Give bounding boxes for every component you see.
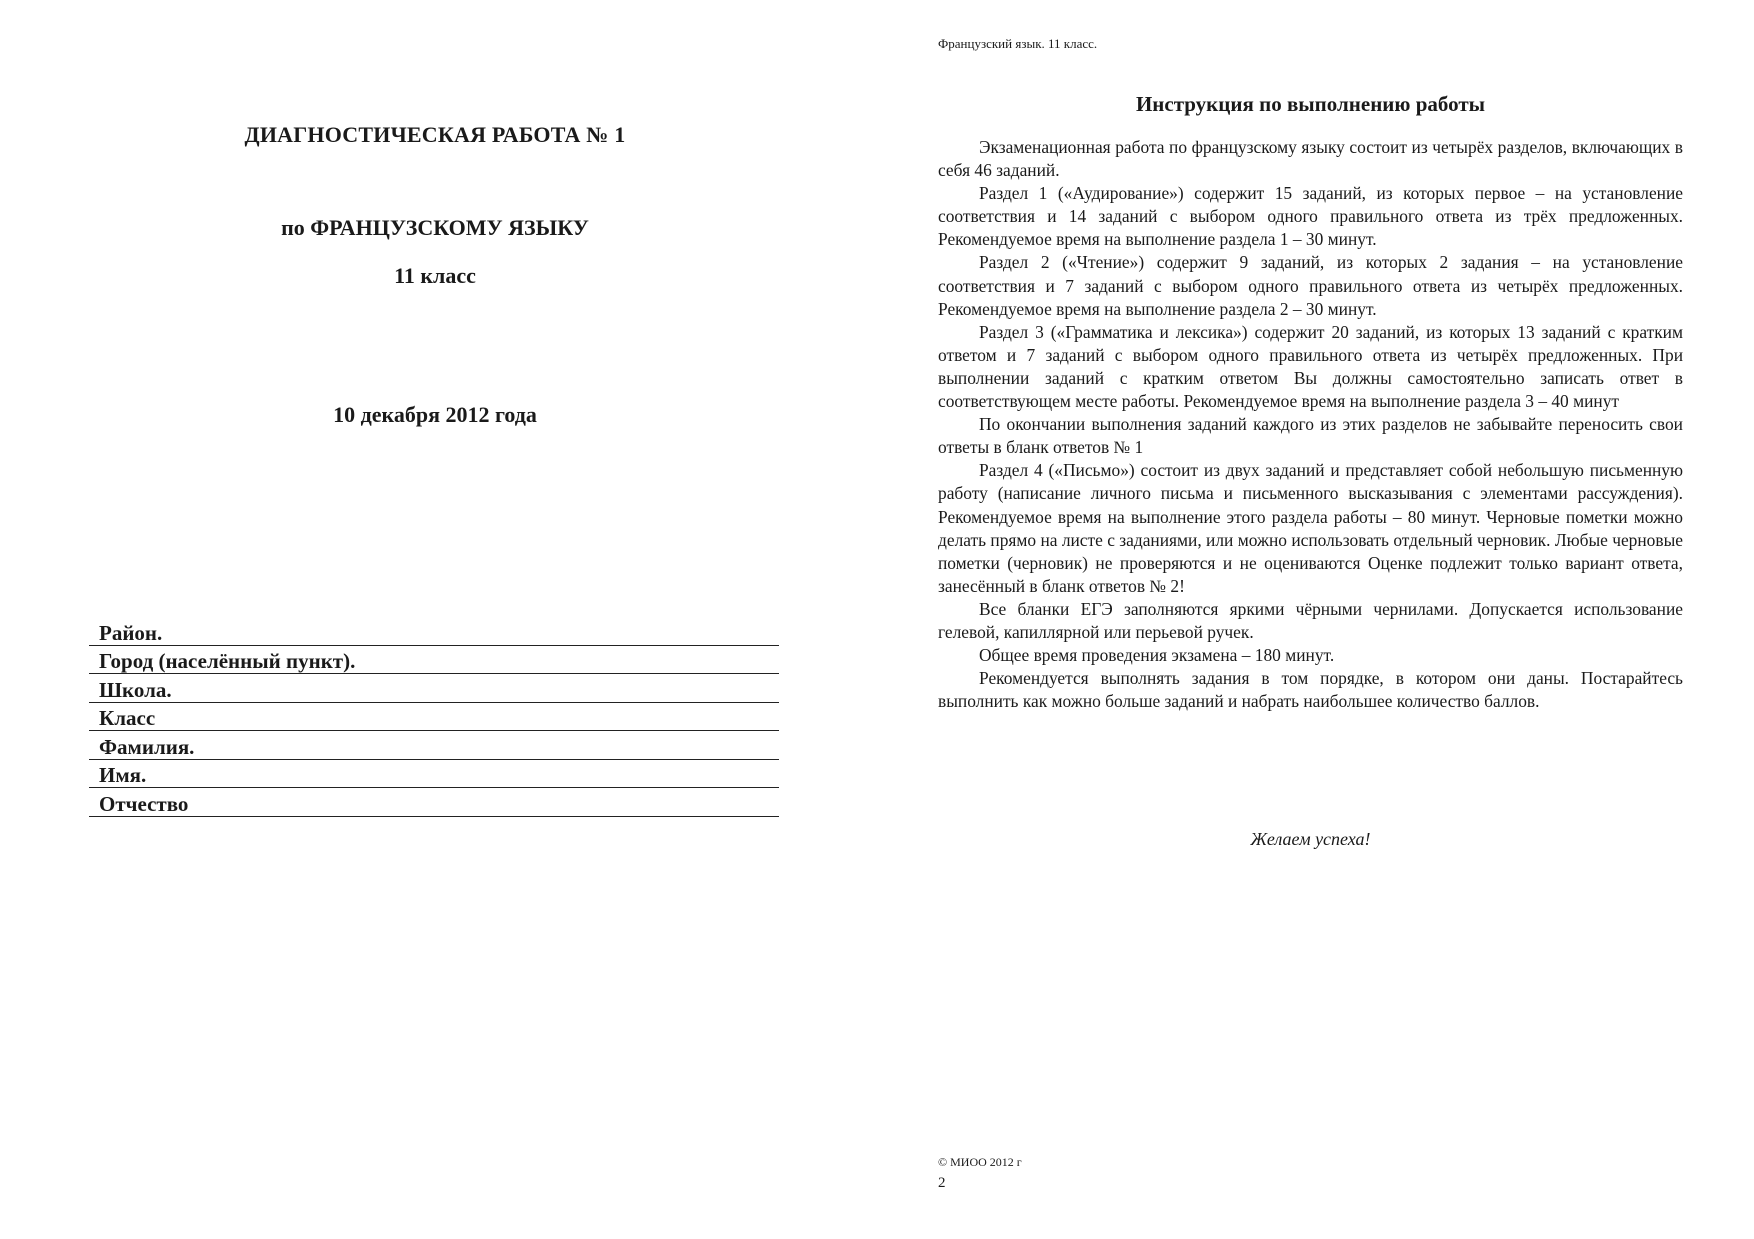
paragraph: Раздел 3 («Грамматика и лексика») содерж… — [938, 321, 1683, 413]
field-label: Район. — [99, 622, 162, 644]
field-school[interactable]: Школа. — [89, 674, 779, 703]
closing-wish: Желаем успеха! — [938, 829, 1683, 850]
subject-title: по ФРАНЦУЗСКОМУ ЯЗЫКУ — [0, 215, 870, 241]
field-label: Класс — [99, 707, 155, 729]
field-city[interactable]: Город (населённый пункт). — [89, 646, 779, 675]
copyright: © МИОО 2012 г — [938, 1155, 1022, 1170]
field-name[interactable]: Имя. — [89, 760, 779, 789]
field-label: Город (населённый пункт). — [99, 650, 355, 672]
paragraph: Все бланки ЕГЭ заполняются яркими чёрным… — [938, 598, 1683, 644]
field-label: Школа. — [99, 679, 172, 701]
field-class[interactable]: Класс — [89, 703, 779, 732]
instructions-page: Французский язык. 11 класс. Инструкция п… — [877, 0, 1754, 1239]
document-title: ДИАГНОСТИЧЕСКАЯ РАБОТА № 1 — [0, 122, 870, 148]
paragraph: Раздел 2 («Чтение») содержит 9 заданий, … — [938, 251, 1683, 320]
cover-page: ДИАГНОСТИЧЕСКАЯ РАБОТА № 1 по ФРАНЦУЗСКО… — [0, 0, 877, 1239]
paragraph: Экзаменационная работа по французскому я… — [938, 136, 1683, 182]
paragraph: По окончании выполнения заданий каждого … — [938, 413, 1683, 459]
exam-date: 10 декабря 2012 года — [0, 402, 870, 428]
field-district[interactable]: Район. — [89, 617, 779, 646]
running-header: Французский язык. 11 класс. — [938, 36, 1097, 52]
student-info-form: Район. Город (населённый пункт). Школа. … — [89, 617, 779, 817]
field-surname[interactable]: Фамилия. — [89, 731, 779, 760]
paragraph: Раздел 1 («Аудирование») содержит 15 зад… — [938, 182, 1683, 251]
field-patronymic[interactable]: Отчество — [89, 788, 779, 817]
field-label: Отчество — [99, 793, 188, 815]
instructions-body: Экзаменационная работа по французскому я… — [938, 136, 1683, 713]
paragraph: Общее время проведения экзамена – 180 ми… — [938, 644, 1683, 667]
paragraph: Рекомендуется выполнять задания в том по… — [938, 667, 1683, 713]
grade-title: 11 класс — [0, 263, 870, 289]
field-label: Имя. — [99, 764, 146, 786]
field-label: Фамилия. — [99, 736, 194, 758]
page-number: 2 — [938, 1175, 946, 1192]
paragraph: Раздел 4 («Письмо») состоит из двух зада… — [938, 459, 1683, 598]
instructions-title: Инструкция по выполнению работы — [938, 92, 1683, 117]
